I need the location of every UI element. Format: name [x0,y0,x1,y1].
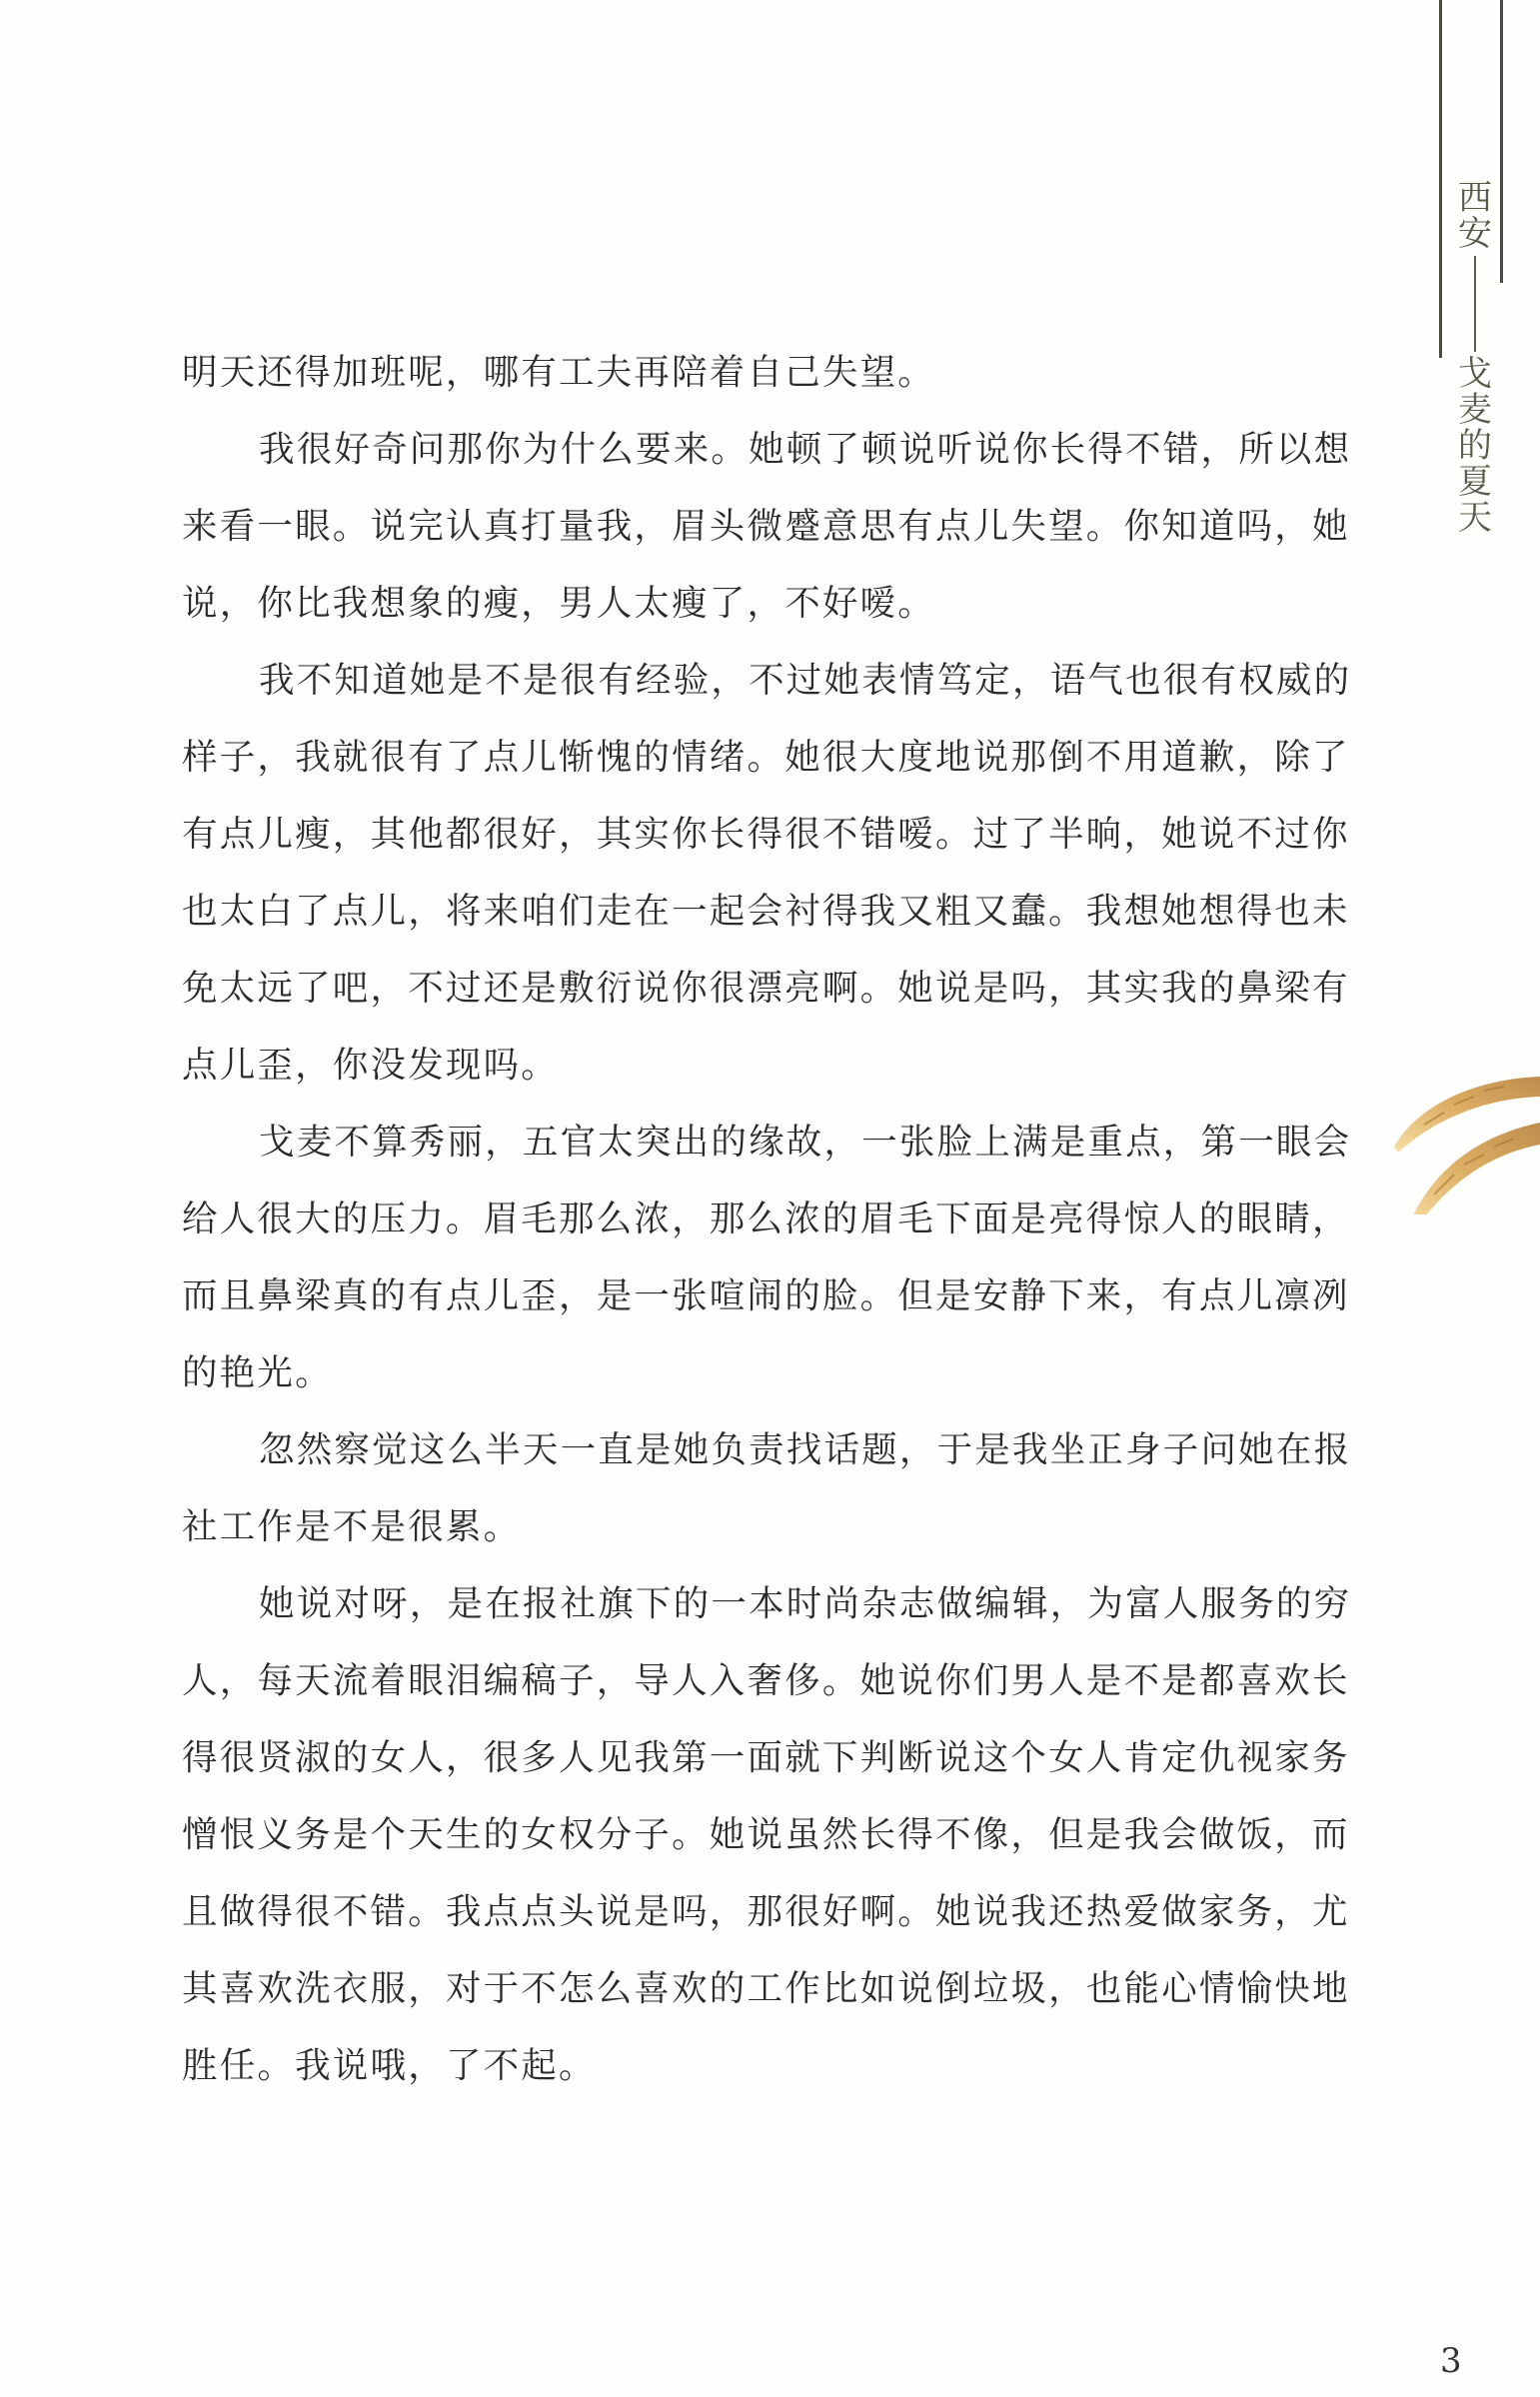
text-line: 社工作是不是很累。 [182,1502,521,1552]
text-line: 胜任。我说哦，了不起。 [182,2041,597,2091]
text-line: 的艳光。 [182,1348,333,1398]
text-line: 忽然察觉这么半天一直是她负责找话题，于是我坐正身子问她在报 [259,1425,1351,1475]
running-head-char: 西 [1455,180,1495,216]
text-line: 她说对呀，是在报社旗下的一本时尚杂志做编辑，为富人服务的穷 [259,1579,1351,1629]
text-line: 而且鼻梁真的有点儿歪，是一张喧闹的脸。但是安静下来，有点儿凛冽 [182,1271,1350,1321]
text-line: 憎恨义务是个天生的女权分子。她说虽然长得不像，但是我会做饭，而 [182,1810,1350,1860]
text-line: 来看一眼。说完认真打量我，眉头微蹙意思有点儿失望。你知道吗，她 [182,502,1350,552]
text-line: 我很好奇问那你为什么要来。她顿了顿说听说你长得不错，所以想 [259,425,1351,475]
running-head-char: 戈 [1455,356,1495,392]
text-line: 点儿歪，你没发现吗。 [182,1041,559,1091]
book-page: 西 安 戈 麦 的 夏 天 明天还得加班呢，哪有工夫再陪着自己失望。 我很好奇问… [0,0,1540,2397]
running-head-char: 安 [1455,216,1495,252]
text-line: 样子，我就很有了点儿惭愧的情绪。她很大度地说那倒不用道歉，除了 [182,733,1350,783]
text-line: 人，每天流着眼泪编稿子，导人入奢侈。她说你们男人是不是都喜欢长 [182,1656,1350,1706]
text-line: 也太白了点儿，将来咱们走在一起会衬得我又粗又蠢。我想她想得也未 [182,887,1350,937]
text-line: 免太远了吧，不过还是敷衍说你很漂亮啊。她说是吗，其实我的鼻梁有 [182,964,1350,1014]
running-head-char: 天 [1455,500,1495,536]
running-head-char: 夏 [1455,464,1495,500]
text-line: 且做得很不错。我点点头说是吗，那很好啊。她说我还热爱做家务，尤 [182,1887,1350,1937]
text-line: 说，你比我想象的瘦，男人太瘦了，不好嗳。 [182,579,935,629]
text-line: 我不知道她是不是很有经验，不过她表情笃定，语气也很有权威的 [259,656,1351,706]
text-line: 给人很大的压力。眉毛那么浓，那么浓的眉毛下面是亮得惊人的眼睛， [182,1195,1350,1244]
text-line: 明天还得加班呢，哪有工夫再陪着自己失望。 [182,348,935,398]
running-head-char: 麦 [1455,392,1495,428]
text-line: 有点儿瘦，其他都很好，其实你长得很不错嗳。过了半晌，她说不过你 [182,810,1350,860]
text-line: 其喜欢洗衣服，对于不怎么喜欢的工作比如说倒垃圾，也能心情愉快地 [182,1964,1350,2014]
page-number: 3 [1440,2341,1462,2381]
wheat-ears-icon [1364,1035,1540,1214]
running-head-char: 的 [1455,428,1495,464]
margin-rule-outer [1439,0,1442,358]
text-line: 戈麦不算秀丽，五官太突出的缘故，一张脸上满是重点，第一眼会 [259,1118,1351,1168]
text-line: 得很贤淑的女人，很多人见我第一面就下判断说这个女人肯定仇视家务 [182,1733,1350,1783]
margin-rule-inner [1500,0,1503,283]
em-dash [1474,256,1476,352]
running-head: 西 安 戈 麦 的 夏 天 [1455,180,1495,536]
